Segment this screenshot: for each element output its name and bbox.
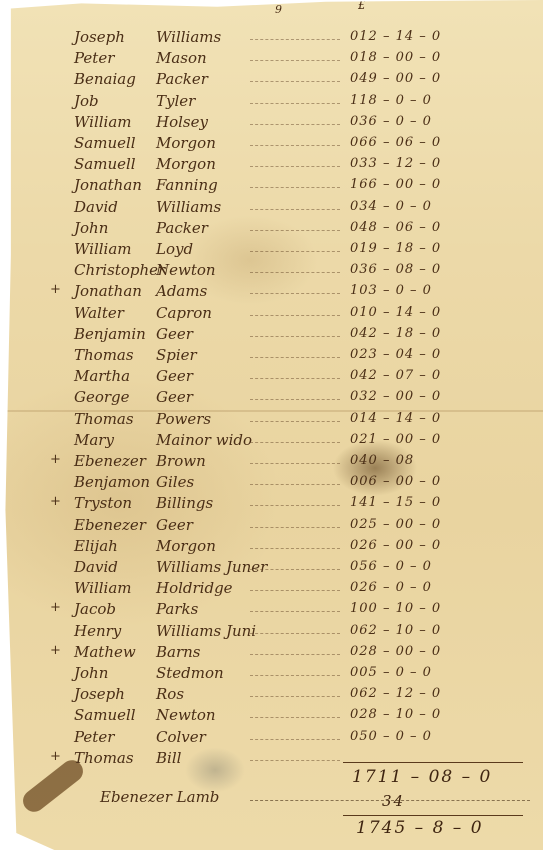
ledger-row: GeorgeGeer032 – 00 – 0 <box>0 388 543 410</box>
ledger-row: +TrystonBillings141 – 15 – 0 <box>0 494 543 516</box>
first-name: George <box>74 388 130 406</box>
amount: 100 – 10 – 0 <box>350 601 441 616</box>
ledger-row: +MathewBarns028 – 00 – 0 <box>0 643 543 665</box>
leader-line <box>250 187 340 188</box>
first-name: Mary <box>74 431 114 449</box>
amount: 036 – 08 – 0 <box>350 262 441 277</box>
leader-line <box>250 569 340 570</box>
amount: 062 – 12 – 0 <box>350 686 441 701</box>
amount: 048 – 06 – 0 <box>350 220 441 235</box>
first-name: Ebenezer <box>74 516 146 534</box>
last-name: Williams <box>156 28 221 46</box>
leader-line <box>250 378 340 379</box>
first-name: Martha <box>74 367 130 385</box>
leader-line <box>250 717 340 718</box>
ledger-row: DavidWilliams Juner056 – 0 – 0 <box>0 558 543 580</box>
leader-line <box>250 251 340 252</box>
first-name: William <box>74 240 132 258</box>
ledger-row: DavidWilliams034 – 0 – 0 <box>0 198 543 220</box>
addition-amount: 34 <box>382 792 405 810</box>
first-name: Thomas <box>74 749 134 767</box>
first-name: Jacob <box>74 600 116 618</box>
ledger-row: HenryWilliams Juni062 – 10 – 0 <box>0 622 543 644</box>
ledger-row: WilliamHolsey036 – 0 – 0 <box>0 113 543 135</box>
ledger-row: BenjaminGeer042 – 18 – 0 <box>0 325 543 347</box>
first-name: Ebenezer <box>74 452 146 470</box>
ledger-row: MarthaGeer042 – 07 – 0 <box>0 367 543 389</box>
ledger-row: JohnStedmon005 – 0 – 0 <box>0 664 543 686</box>
amount: 066 – 06 – 0 <box>350 135 441 150</box>
leader-line <box>250 548 340 549</box>
ledger-row: BenaiagPacker049 – 00 – 0 <box>0 70 543 92</box>
amount: 032 – 00 – 0 <box>350 389 441 404</box>
amount: 025 – 00 – 0 <box>350 517 441 532</box>
ledger-row: JosephWilliams012 – 14 – 0 <box>0 28 543 50</box>
amount: 103 – 0 – 0 <box>350 283 432 298</box>
amount: 034 – 0 – 0 <box>350 199 432 214</box>
last-name: Mainor wido <box>156 431 252 449</box>
leader-line <box>250 527 340 528</box>
amount: 040 – 08 <box>350 453 414 468</box>
leader-line <box>250 399 340 400</box>
last-name: Spier <box>156 346 197 364</box>
leader-line <box>250 633 340 634</box>
last-name: Adams <box>156 282 207 300</box>
amount: 042 – 07 – 0 <box>350 368 441 383</box>
amount: 010 – 14 – 0 <box>350 305 441 320</box>
first-name: Samuell <box>74 134 136 152</box>
last-name: Stedmon <box>156 664 224 682</box>
leader-line <box>250 484 340 485</box>
ledger-row: ThomasPowers014 – 14 – 0 <box>0 410 543 432</box>
last-name: Williams Juner <box>156 558 267 576</box>
leader-line <box>250 421 340 422</box>
last-name: Powers <box>156 410 211 428</box>
leader-line <box>250 590 340 591</box>
amount: 014 – 14 – 0 <box>350 411 441 426</box>
first-name: Thomas <box>74 346 134 364</box>
first-name: Joseph <box>74 685 125 703</box>
ledger-row: PeterColver050 – 0 – 0 <box>0 728 543 750</box>
last-name: Newton <box>156 706 216 724</box>
last-name: Geer <box>156 325 193 343</box>
first-name: Samuell <box>74 155 136 173</box>
leader-line <box>250 760 340 761</box>
leader-line <box>250 357 340 358</box>
leader-line <box>250 124 340 125</box>
leader-line <box>250 463 340 464</box>
ledger-row: SamuellMorgon033 – 12 – 0 <box>0 155 543 177</box>
last-name: Ros <box>156 685 184 703</box>
last-name: Williams Juni <box>156 622 256 640</box>
last-name: Giles <box>156 473 194 491</box>
first-name: William <box>74 113 132 131</box>
ledger-row: WilliamLoyd019 – 18 – 0 <box>0 240 543 262</box>
first-name: Elijah <box>74 537 118 555</box>
tally-mark: + <box>50 452 61 467</box>
first-name: John <box>74 664 108 682</box>
last-name: Brown <box>156 452 206 470</box>
ledger-row: +JacobParks100 – 10 – 0 <box>0 600 543 622</box>
tally-mark: + <box>50 494 61 509</box>
ledger-row: WilliamHoldridge026 – 0 – 0 <box>0 579 543 601</box>
leader-line <box>250 145 340 146</box>
leader-line <box>250 166 340 167</box>
ledger-row: MaryMainor wido021 – 00 – 0 <box>0 431 543 453</box>
amount: 042 – 18 – 0 <box>350 326 441 341</box>
leader-line <box>250 293 340 294</box>
leader-line <box>250 675 340 676</box>
last-name: Packer <box>156 219 208 237</box>
amount: 018 – 00 – 0 <box>350 50 441 65</box>
grand-total: 1745 – 8 – 0 <box>356 818 484 838</box>
first-name: Jonathan <box>74 176 142 194</box>
last-name: Fanning <box>156 176 218 194</box>
last-name: Loyd <box>156 240 193 258</box>
leader-line <box>250 336 340 337</box>
ledger-row: +JonathanAdams103 – 0 – 0 <box>0 282 543 304</box>
first-name: Benjamin <box>74 325 146 343</box>
amount: 141 – 15 – 0 <box>350 495 441 510</box>
tally-mark: + <box>50 600 61 615</box>
amount: 021 – 00 – 0 <box>350 432 441 447</box>
last-name: Parks <box>156 600 198 618</box>
subtotal-rule <box>343 762 523 763</box>
signature: Ebenezer Lamb <box>100 788 219 806</box>
ledger-row: EbenezerGeer025 – 00 – 0 <box>0 516 543 538</box>
ledger-row: SamuellMorgon066 – 06 – 0 <box>0 134 543 156</box>
leader-line <box>250 654 340 655</box>
leader-line <box>250 696 340 697</box>
amount: 026 – 0 – 0 <box>350 580 432 595</box>
amount: 049 – 00 – 0 <box>350 71 441 86</box>
ledger-row: JobTyler118 – 0 – 0 <box>0 92 543 114</box>
leader-line <box>250 81 340 82</box>
last-name: Morgon <box>156 134 216 152</box>
first-name: Samuell <box>74 706 136 724</box>
subtotal: 1711 – 08 – 0 <box>352 767 492 787</box>
first-name: Thomas <box>74 410 134 428</box>
leader-line <box>250 611 340 612</box>
first-name: Peter <box>74 728 114 746</box>
last-name: Holdridge <box>156 579 233 597</box>
amount: 005 – 0 – 0 <box>350 665 432 680</box>
last-name: Holsey <box>156 113 208 131</box>
leader-line <box>250 739 340 740</box>
first-name: Joseph <box>74 28 125 46</box>
tally-mark: + <box>50 282 61 297</box>
leader-line <box>250 103 340 104</box>
amount: 028 – 10 – 0 <box>350 707 441 722</box>
pound-header: £ <box>358 0 366 12</box>
ledger-row: ChristopherNewton036 – 08 – 0 <box>0 261 543 283</box>
tally-mark: + <box>50 643 61 658</box>
first-name: Christopher <box>74 261 165 279</box>
last-name: Bill <box>156 749 181 767</box>
manuscript-page: 9 £ JosephWilliams012 – 14 – 0PeterMason… <box>0 0 543 850</box>
first-name: Job <box>74 92 99 110</box>
amount: 033 – 12 – 0 <box>350 156 441 171</box>
leader-line <box>250 272 340 273</box>
amount: 012 – 14 – 0 <box>350 29 441 44</box>
leader-line <box>250 315 340 316</box>
first-name: Benaiag <box>74 70 136 88</box>
amount: 028 – 00 – 0 <box>350 644 441 659</box>
first-name: Peter <box>74 49 114 67</box>
first-name: Mathew <box>74 643 136 661</box>
last-name: Packer <box>156 70 208 88</box>
ledger-row: ElijahMorgon026 – 00 – 0 <box>0 537 543 559</box>
last-name: Morgon <box>156 537 216 555</box>
first-name: Tryston <box>74 494 132 512</box>
first-name: David <box>74 198 118 216</box>
folio-number: 9 <box>275 3 282 16</box>
amount: 056 – 0 – 0 <box>350 559 432 574</box>
first-name: Walter <box>74 304 124 322</box>
last-name: Morgon <box>156 155 216 173</box>
first-name: Henry <box>74 622 121 640</box>
first-name: Jonathan <box>74 282 142 300</box>
first-name: Benjamon <box>74 473 150 491</box>
leader-line <box>250 230 340 231</box>
last-name: Colver <box>156 728 206 746</box>
ledger-row: WalterCapron010 – 14 – 0 <box>0 304 543 326</box>
last-name: Mason <box>156 49 207 67</box>
last-name: Newton <box>156 261 216 279</box>
last-name: Williams <box>156 198 221 216</box>
first-name: William <box>74 579 132 597</box>
ledger-row: JonathanFanning166 – 00 – 0 <box>0 176 543 198</box>
signature-dash-line <box>250 800 530 801</box>
first-name: John <box>74 219 108 237</box>
amount: 050 – 0 – 0 <box>350 729 432 744</box>
leader-line <box>250 505 340 506</box>
amount: 019 – 18 – 0 <box>350 241 441 256</box>
amount: 006 – 00 – 0 <box>350 474 441 489</box>
last-name: Tyler <box>156 92 195 110</box>
amount: 166 – 00 – 0 <box>350 177 441 192</box>
leader-line <box>250 209 340 210</box>
leader-line <box>250 442 340 443</box>
last-name: Capron <box>156 304 212 322</box>
ledger-row: JosephRos062 – 12 – 0 <box>0 685 543 707</box>
last-name: Geer <box>156 516 193 534</box>
amount: 118 – 0 – 0 <box>350 93 432 108</box>
first-name: David <box>74 558 118 576</box>
amount: 023 – 04 – 0 <box>350 347 441 362</box>
amount: 026 – 00 – 0 <box>350 538 441 553</box>
leader-line <box>250 39 340 40</box>
last-name: Barns <box>156 643 201 661</box>
tally-mark: + <box>50 749 61 764</box>
ledger-row: +EbenezerBrown040 – 08 <box>0 452 543 474</box>
last-name: Geer <box>156 367 193 385</box>
last-name: Billings <box>156 494 213 512</box>
grand-total-rule <box>343 815 523 816</box>
leader-line <box>250 60 340 61</box>
ledger-row: JohnPacker048 – 06 – 0 <box>0 219 543 241</box>
amount: 062 – 10 – 0 <box>350 623 441 638</box>
ledger-row: SamuellNewton028 – 10 – 0 <box>0 706 543 728</box>
last-name: Geer <box>156 388 193 406</box>
ledger-row: PeterMason018 – 00 – 0 <box>0 49 543 71</box>
amount: 036 – 0 – 0 <box>350 114 432 129</box>
ledger-row: BenjamonGiles006 – 00 – 0 <box>0 473 543 495</box>
ledger-row: ThomasSpier023 – 04 – 0 <box>0 346 543 368</box>
